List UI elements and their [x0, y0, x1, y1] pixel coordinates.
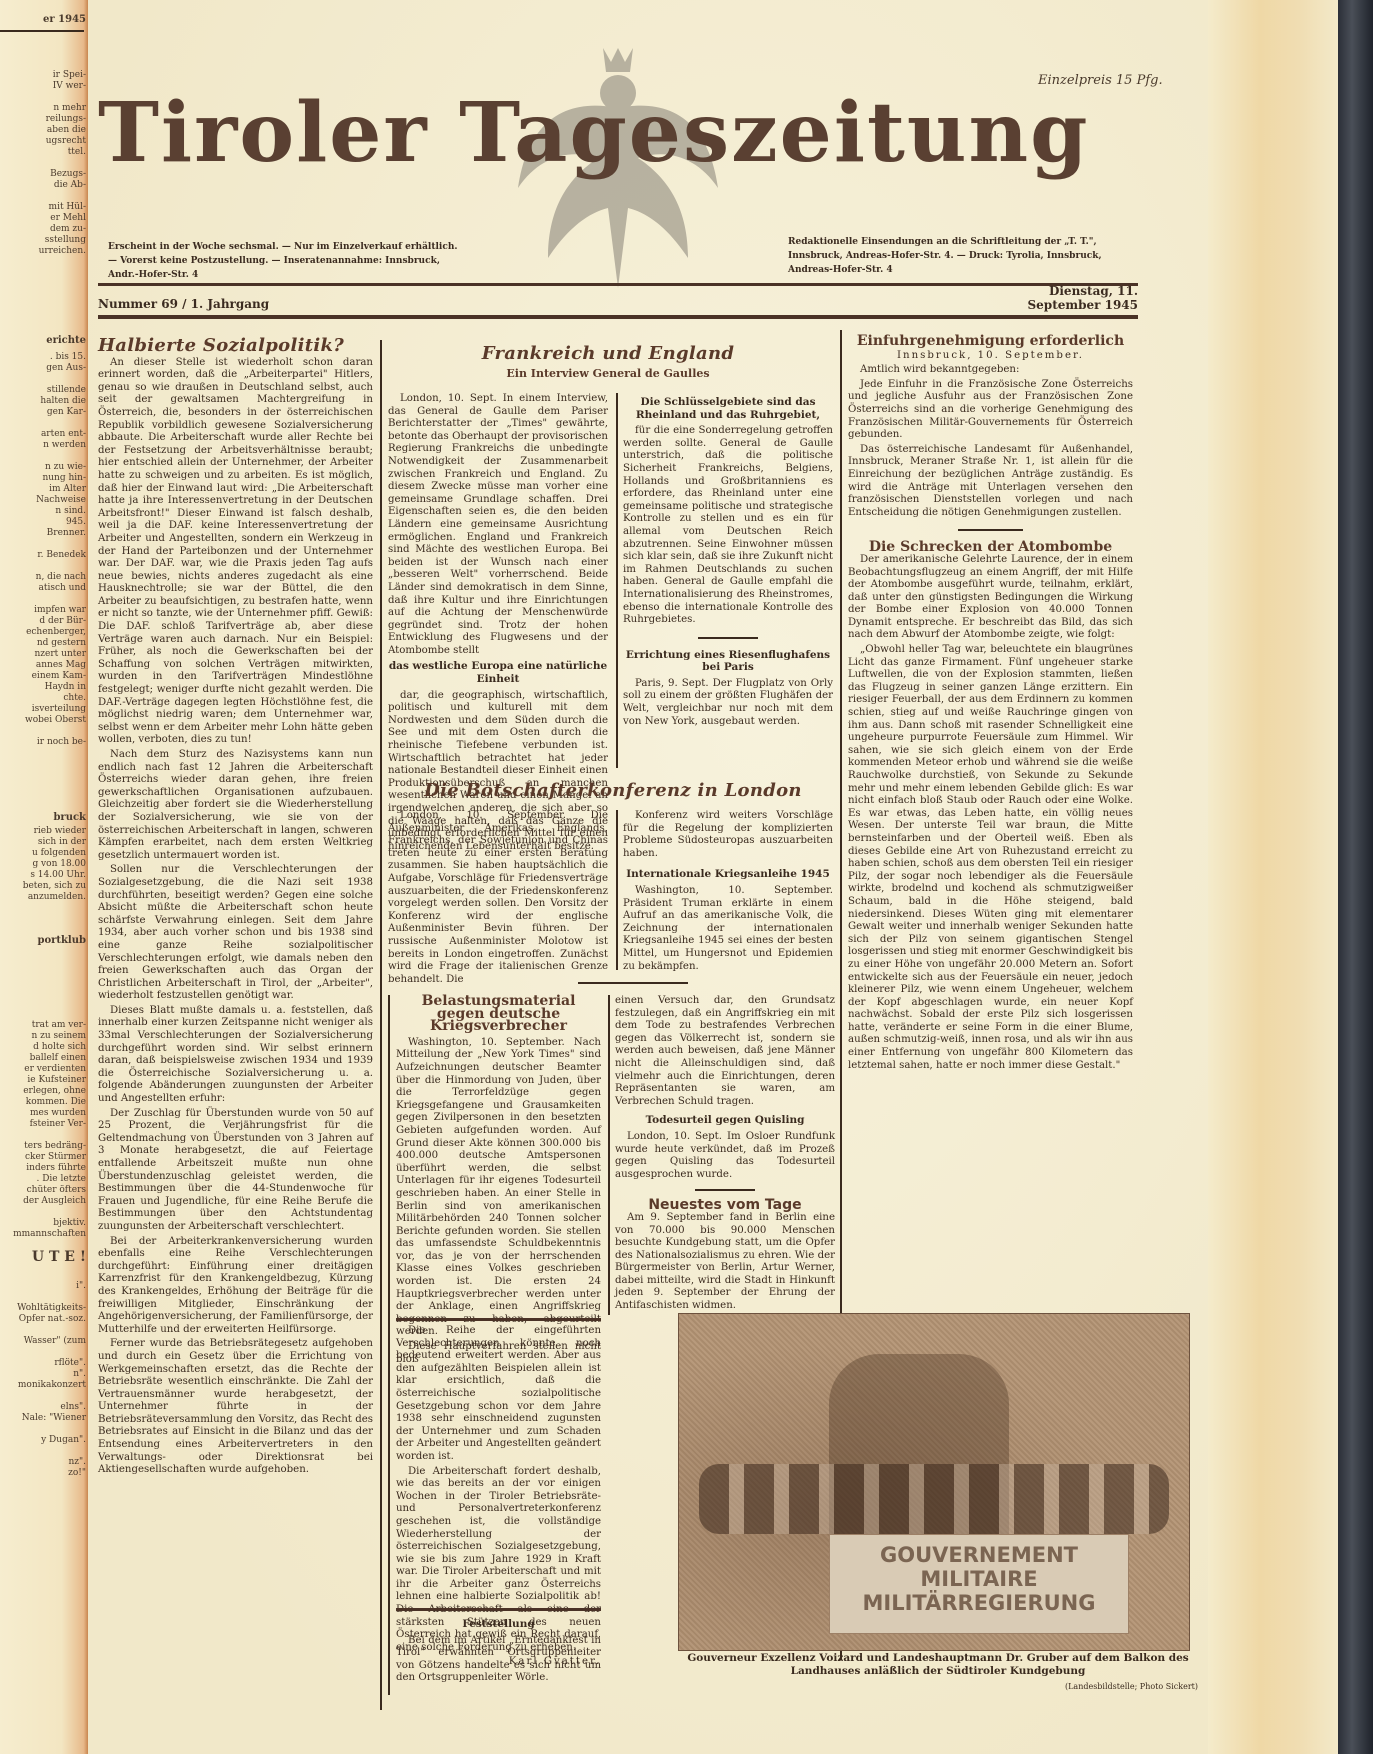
separator: [695, 1189, 755, 1191]
separator: [698, 637, 758, 639]
adjacent-page-rule: [0, 30, 84, 32]
separator: [578, 982, 688, 984]
adjacent-page-heading: erichte: [2, 335, 86, 346]
paragraph: London, 10. September. Die Außenminister…: [388, 810, 608, 986]
news-photo-balcony: GOUVERNEMENT MILITAIRE MILITÄRREGIERUNG: [678, 1313, 1190, 1651]
article-frankreich-col-b: Die Schlüsselgebiete sind das Rheinland …: [623, 393, 833, 730]
section-rule: [396, 1318, 601, 1321]
masthead-rule: [98, 283, 1138, 286]
paragraph: Dieses Blatt mußte damals u. a. feststel…: [98, 1005, 373, 1106]
photo-credit: (Landesbildstelle; Photo Sickert): [1028, 1682, 1198, 1691]
paragraph: Jede Einfuhr in die Französische Zone Ös…: [848, 379, 1133, 442]
subheading: das westliche Europa eine natürliche Ein…: [388, 660, 608, 685]
adjacent-page-heading: portklub: [2, 935, 86, 946]
photo-people: [699, 1464, 1169, 1534]
adjacent-page-heading: U T E !: [2, 1252, 86, 1263]
article-feststellung: Feststellung Bei dem im Artikel „Ernteda…: [396, 1615, 601, 1687]
paragraph: Der Zuschlag für Überstunden wurde von 5…: [98, 1108, 373, 1234]
issue-number: Nummer 69 / 1. Jahrgang: [98, 297, 269, 311]
column-rule: [380, 340, 382, 1710]
paragraph: Washington, 10. September. Nach Mitteilu…: [396, 1037, 601, 1339]
paragraph: Nach dem Sturz des Nazisystems kann nun …: [98, 749, 373, 862]
masthead-rule: [98, 315, 1138, 319]
paragraph: Bei der Arbeiterkrankenversicherung wurd…: [98, 1236, 373, 1337]
publication-notice: Erscheint in der Woche sechsmal. — Nur i…: [108, 240, 463, 282]
paragraph: Washington, 10. September. Präsident Tru…: [623, 885, 833, 973]
adjacent-page-fragment: . bis 15. gen Aus- stillende halten die …: [2, 352, 86, 748]
article-frankreich-head: Frankreich und England Ein Interview Gen…: [388, 343, 828, 380]
adjacent-page-fragment: trat am ver- n zu seinem d holte sich ba…: [2, 1020, 86, 1240]
paragraph: Amtlich wird bekanntgegeben:: [848, 364, 1133, 377]
book-binding: [1338, 0, 1373, 1754]
paragraph: Paris, 9. Sept. Der Flugplatz von Orly s…: [623, 678, 833, 728]
headline: Belastungsmaterial gegen deutsche Kriegs…: [396, 995, 601, 1033]
headline: Die Schrecken der Atombombe: [848, 541, 1133, 554]
dateline: Innsbruck, 10. September.: [848, 350, 1133, 363]
column-rule: [616, 810, 618, 970]
adjacent-page-header: er 1945: [2, 14, 86, 25]
issue-date: Dienstag, 11. September 1945: [988, 284, 1138, 312]
paragraph: London, 10. Sept. Im Osloer Rundfunk wur…: [615, 1131, 835, 1181]
paragraph: Sollen nur die Verschlechterungen der So…: [98, 864, 373, 1003]
adjacent-page-strip: er 1945 ir Spei- IV wer- n mehr reilungs…: [0, 0, 88, 1754]
headline: Einfuhrgenehmigung erforderlich: [848, 335, 1133, 348]
headline: Errichtung eines Riesenflughafens bei Pa…: [623, 649, 833, 674]
section-rule: [396, 1608, 601, 1611]
column-rule: [616, 393, 618, 768]
newspaper-page: Tiroler Tageszeitung Einzelpreis 15 Pfg.…: [88, 0, 1208, 1754]
banner-line: MILITAIRE: [830, 1567, 1128, 1591]
paragraph: Ferner wurde das Betriebsrätegesetz aufg…: [98, 1338, 373, 1477]
headline: Die Botschafterkonferenz in London: [388, 780, 838, 801]
paragraph: Bei dem im Artikel „Erntedankfest in Tir…: [396, 1635, 601, 1685]
page-edge: [1208, 0, 1338, 1754]
column-rule: [608, 995, 610, 1315]
banner-line: MILITÄRREGIERUNG: [830, 1591, 1128, 1615]
headline: Neuestes vom Tage: [615, 1199, 835, 1212]
headline: Frankreich und England: [388, 343, 828, 364]
paragraph: Konferenz wird weiters Vorschläge für di…: [623, 810, 833, 860]
paragraph: An dieser Stelle ist wiederholt schon da…: [98, 357, 373, 747]
subheading: Die Schlüsselgebiete sind das Rheinland …: [623, 396, 833, 421]
article-botschafter: London, 10. September. Die Außenminister…: [388, 810, 608, 988]
headline: Halbierte Sozialpolitik?: [98, 340, 373, 353]
adjacent-page-fragment: ir Spei- IV wer- n mehr reilungs- aben d…: [2, 70, 86, 257]
article-einfuhr: Einfuhrgenehmigung erforderlich Innsbruc…: [848, 335, 1133, 1074]
subheadline: Ein Interview General de Gaulles: [388, 367, 828, 380]
paragraph: Am 9. September fand in Berlin eine von …: [615, 1212, 835, 1313]
single-price: Einzelpreis 15 Pfg.: [1038, 73, 1163, 88]
newspaper-title: Tiroler Tageszeitung: [98, 92, 1138, 174]
article-botschafter-cont: Konferenz wird weiters Vorschläge für di…: [623, 810, 833, 975]
paragraph: „Obwohl heller Tag war, beleuchtete ein …: [848, 644, 1133, 1072]
article-sozialpolitik: Halbierte Sozialpolitik? An dieser Stell…: [98, 340, 373, 1479]
headline: Feststellung: [396, 1618, 601, 1631]
article-belastung-cont: einen Versuch dar, den Grundsatz festzul…: [615, 995, 835, 1315]
paragraph: einen Versuch dar, den Grundsatz festzul…: [615, 995, 835, 1108]
photo-caption: Gouverneur Exzellenz Voizard und Landesh…: [678, 1652, 1198, 1678]
adjacent-page-heading: bruck: [2, 812, 86, 823]
paragraph: London, 10. Sept. In einem Interview, da…: [388, 393, 608, 657]
paragraph: Das österreichische Landesamt für Außenh…: [848, 444, 1133, 520]
paragraph: Der amerikanische Gelehrte Laurence, der…: [848, 554, 1133, 642]
editorial-notice: Redaktionelle Einsendungen an die Schrif…: [788, 235, 1148, 277]
adjacent-page-fragment: rieb wieder sich in der u folgenden g vo…: [2, 826, 86, 903]
paragraph: Die Reihe der eingeführten Verschlechter…: [396, 1325, 601, 1464]
headline: Internationale Kriegsanleihe 1945: [623, 868, 833, 881]
adjacent-page-fragment: i". Wohltätigkeits- Opfer nat.-soz. Wass…: [2, 1270, 86, 1479]
separator: [958, 529, 1023, 531]
paragraph: für die eine Sonderregelung getroffen we…: [623, 425, 833, 627]
column-rule: [388, 995, 390, 1695]
photo-banner: GOUVERNEMENT MILITAIRE MILITÄRREGIERUNG: [829, 1534, 1129, 1634]
banner-line: GOUVERNEMENT: [830, 1543, 1128, 1567]
article-belastung: Belastungsmaterial gegen deutsche Kriegs…: [396, 995, 601, 1368]
headline: Todesurteil gegen Quisling: [615, 1114, 835, 1127]
